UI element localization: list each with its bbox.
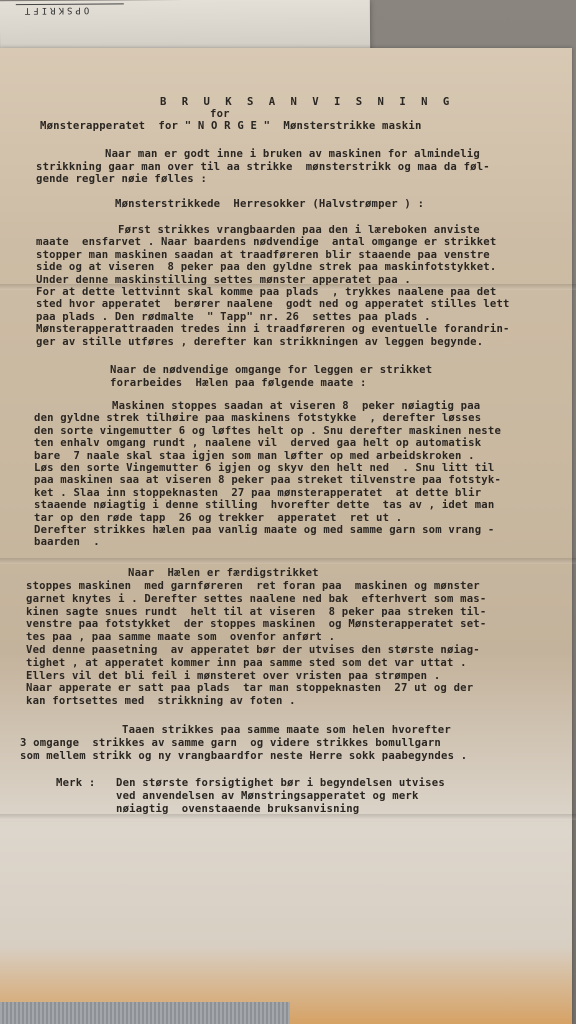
instruction-line: Taaen strikkes paa samme maate som helen… bbox=[122, 724, 451, 736]
note-line: ved anvendelsen av Mønstringsapperatet o… bbox=[116, 790, 419, 802]
instruction-line: Maskinen stoppes saadan at viseren 8 pek… bbox=[112, 400, 480, 412]
instruction-line: garnet knytes i . Derefter settes naalen… bbox=[26, 593, 486, 605]
instruction-line: tar op den røde tapp 26 og trekker apper… bbox=[34, 512, 402, 524]
instruction-line: Ellers vil det bli feil i mønsteret over… bbox=[26, 670, 440, 682]
fabric-background bbox=[0, 1002, 290, 1024]
fold-crease bbox=[0, 558, 576, 564]
instruction-line: Derefter strikkes hælen paa vanlig maate… bbox=[34, 524, 494, 536]
instruction-line: sted hvor apperatet berører naalene godt… bbox=[36, 298, 510, 310]
instruction-line: Først strikkes vrangbaarden paa den i læ… bbox=[118, 224, 480, 236]
instruction-line: tighet , at apperatet kommer inn paa sam… bbox=[26, 657, 467, 669]
instruction-line: kinen sagte snues rundt helt til at vise… bbox=[26, 606, 486, 618]
instruction-line: Ved denne paasetning av apperatet bør de… bbox=[26, 644, 480, 656]
document-subtitle: Mønsterapperatet for " N O R G E " Mønst… bbox=[40, 120, 422, 132]
instruction-line: venstre paa fotstykket der stoppes maski… bbox=[26, 618, 486, 630]
instruction-line: side og at viseren 8 peker paa den gyldn… bbox=[36, 261, 496, 273]
instruction-line: For at dette lettvinnt skal komme paa pl… bbox=[36, 286, 496, 298]
instruction-line: 3 omgange strikkes av samme garn og vide… bbox=[20, 737, 441, 749]
intro-line: Naar man er godt inne i bruken av maskin… bbox=[105, 148, 480, 160]
subsection-heading: Naar Hælen er færdigstrikket bbox=[128, 567, 319, 579]
intro-line: gende regler nøie følles : bbox=[36, 173, 207, 185]
instruction-line: Naar de nødvendige omgange for leggen er… bbox=[110, 364, 432, 376]
note-label: Merk : bbox=[56, 777, 95, 789]
instruction-line: ket . Slaa inn stoppeknasten 27 paa møns… bbox=[34, 487, 481, 499]
intro-line: strikkning gaar man over til aa strikke … bbox=[36, 161, 490, 173]
instruction-line: som mellem strikk og ny vrangbaardfor ne… bbox=[20, 750, 467, 762]
instruction-line: den gyldne strek tilhøire paa maskinens … bbox=[34, 412, 481, 424]
instruction-line: ger av stille utføres , derefter kan str… bbox=[36, 336, 483, 348]
instruction-line: maate ensfarvet . Naar baardens nødvendi… bbox=[36, 236, 496, 248]
instruction-line: staaende nøiagtig i denne stilling hvore… bbox=[34, 499, 494, 511]
instruction-line: forarbeides Hælen paa følgende maate : bbox=[110, 377, 367, 389]
instruction-line: kan fortsettes med strikkning av foten . bbox=[26, 695, 296, 707]
instruction-line: paa plads . Den rødmalte " Tapp" nr. 26 … bbox=[36, 311, 431, 323]
instruction-line: Under denne maskinstilling settes mønste… bbox=[36, 274, 411, 286]
document-title: B R U K S A N V I S N I N G bbox=[160, 96, 454, 108]
instruction-line: baarden . bbox=[34, 536, 100, 548]
instruction-line: tes paa , paa samme maate som ovenfor an… bbox=[26, 631, 335, 643]
instruction-line: stopper man maskinen saadan at traadføre… bbox=[36, 249, 490, 261]
overlay-sheet-label: OPSKRIFT bbox=[22, 5, 89, 15]
note-line: nøiagtig ovenstaaende bruksanvisning bbox=[116, 803, 359, 815]
instruction-line: bare 7 naale skal staa igjen som man løf… bbox=[34, 450, 475, 462]
instruction-line: Mønsterapperattraaden tredes inn i traad… bbox=[36, 323, 510, 335]
instruction-line: paa maskinen saa at viseren 8 peker paa … bbox=[34, 474, 501, 486]
note-line: Den største forsigtighet bør i begyndels… bbox=[116, 777, 445, 789]
instruction-line: Naar apperate er satt paa plads tar man … bbox=[26, 682, 473, 694]
document-title-for: for bbox=[210, 108, 230, 120]
section-heading: Mønsterstrikkede Herresokker (Halvstrømp… bbox=[115, 198, 424, 210]
instruction-line: ten enhalv omgang rundt , naalene vil de… bbox=[34, 437, 481, 449]
instruction-line: den sorte vingemutter 6 og løftes helt o… bbox=[34, 425, 501, 437]
instruction-line: Løs den sorte Vingemutter 6 igjen og sky… bbox=[34, 462, 494, 474]
instruction-line: stoppes maskinen med garnføreren ret for… bbox=[26, 580, 480, 592]
